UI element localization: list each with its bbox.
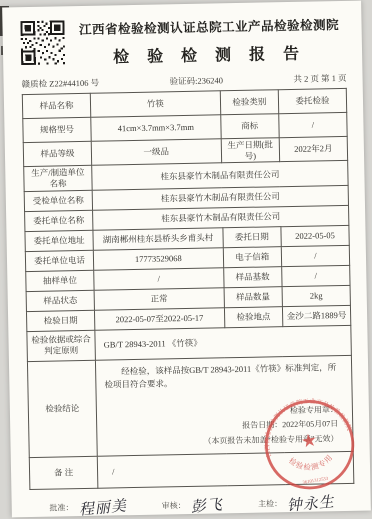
field-label: 生产日期(批号): [221, 138, 280, 163]
page-indicator: 共 2 页 第 1 页: [293, 72, 346, 85]
report-title: 检 验 检 测 报 告: [73, 40, 346, 68]
approve-label: 批准：: [49, 502, 73, 513]
review-label: 审核：: [162, 500, 186, 511]
field-value: 2kg: [282, 285, 350, 306]
review-signature: 彭飞: [190, 493, 224, 517]
signature-row: 批准： 程丽美 审核： 彭飞 主检： 钟永生: [30, 492, 355, 519]
field-label: 检验地点: [224, 306, 283, 327]
report-number: 赣质检 Z22#44106 号: [21, 77, 99, 90]
field-label: 委托日期: [223, 226, 282, 247]
stamp-block: 检验专用章： 报告日期：2022年05月07日 （本页报告未加盖“检验专用章”无…: [105, 403, 345, 451]
field-label: 备 注: [29, 456, 98, 489]
field-label: 委托单位地址: [25, 230, 93, 251]
table-row: 备 注 /: [29, 451, 354, 489]
field-label: 委托单位电话: [25, 250, 93, 271]
reviewer-group: 审核： 彭飞: [162, 494, 223, 516]
report-header: 江西省检验检测认证总院工业产品检验检测院 检 验 检 测 报 告: [20, 15, 346, 69]
approver-group: 批准： 程丽美: [49, 496, 126, 518]
field-label: 委托单位名称: [25, 210, 93, 231]
field-value: /: [97, 451, 354, 488]
field-label: 抽样单位: [26, 270, 94, 291]
field-value: 17773529068: [93, 247, 223, 269]
conclusion-text: 经检验，该样品按GB/T 28943-2011《竹筷》标准判定，所检项目符合要求…: [104, 361, 343, 392]
field-label: 商标: [220, 114, 279, 139]
field-label: 规格型号: [23, 117, 91, 142]
report-page: 江西省检验检测认证总院工业产品检验检测院 检 验 检 测 报 告 赣质检 Z22…: [2, 1, 371, 518]
field-value: 竹筷: [90, 91, 220, 117]
field-label: 样品状态: [26, 290, 94, 311]
qr-code-icon: [20, 20, 65, 65]
field-value: GB/T 28943-2011 《竹筷》: [95, 325, 351, 360]
field-label: 生产/制造单位名称: [24, 166, 92, 192]
field-label: 检验结论: [27, 360, 97, 458]
field-value: 一级品: [91, 139, 221, 166]
field-value: /: [94, 267, 224, 289]
field-value: 正常: [94, 287, 224, 309]
field-label: 样品数量: [224, 286, 283, 307]
approve-signature: 程丽美: [78, 495, 128, 519]
inspector-group: 主检： 钟永生: [258, 492, 335, 514]
field-value: 湖南郴州桂东县桥头乡甫头村: [93, 227, 223, 249]
field-value: 2022-05-05: [281, 225, 349, 246]
field-label: 样品等级: [23, 141, 91, 167]
field-value: 2022-05-07至2022-05-17: [94, 307, 224, 329]
field-label: 检验类别: [220, 90, 279, 115]
field-value: /: [281, 245, 349, 266]
conclusion-cell: 经检验，该样品按GB/T 28943-2011《竹筷》标准判定，所检项目符合要求…: [95, 355, 353, 456]
field-value: 委托检验: [278, 88, 347, 113]
report-table: 样品名称 竹筷 检验类别 委托检验 规格型号 41cm×3.7mm×3.7mm …: [22, 88, 355, 490]
table-row: 检验结论 经检验，该样品按GB/T 28943-2011《竹筷》标准判定，所检项…: [27, 355, 353, 458]
field-value: 2022年2月: [279, 136, 348, 162]
validity-note: （本页报告未加盖“检验专用章”无效）: [105, 432, 338, 451]
field-label: 样品名称: [22, 93, 90, 118]
field-label: 电子信箱: [223, 246, 282, 267]
field-label: 受检单位名称: [24, 190, 92, 211]
field-label: 样品基数: [223, 266, 282, 287]
inspect-label: 主检：: [258, 498, 282, 509]
verify-code: 验证码:236240: [169, 74, 223, 87]
report-meta: 赣质检 Z22#44106 号 验证码:236240 共 2 页 第 1 页: [21, 72, 346, 90]
field-value: 41cm×3.7mm×3.7mm: [91, 115, 221, 141]
field-value: 金沙二路1889号: [282, 305, 350, 326]
field-label: 检验日期: [26, 310, 94, 331]
field-label: 检验依据或综合判定原则: [27, 330, 96, 361]
inspect-signature: 钟永生: [286, 491, 336, 516]
field-value: /: [279, 112, 348, 137]
institute-name: 江西省检验检测认证总院工业产品检验检测院: [72, 15, 345, 38]
field-value: /: [282, 265, 350, 286]
